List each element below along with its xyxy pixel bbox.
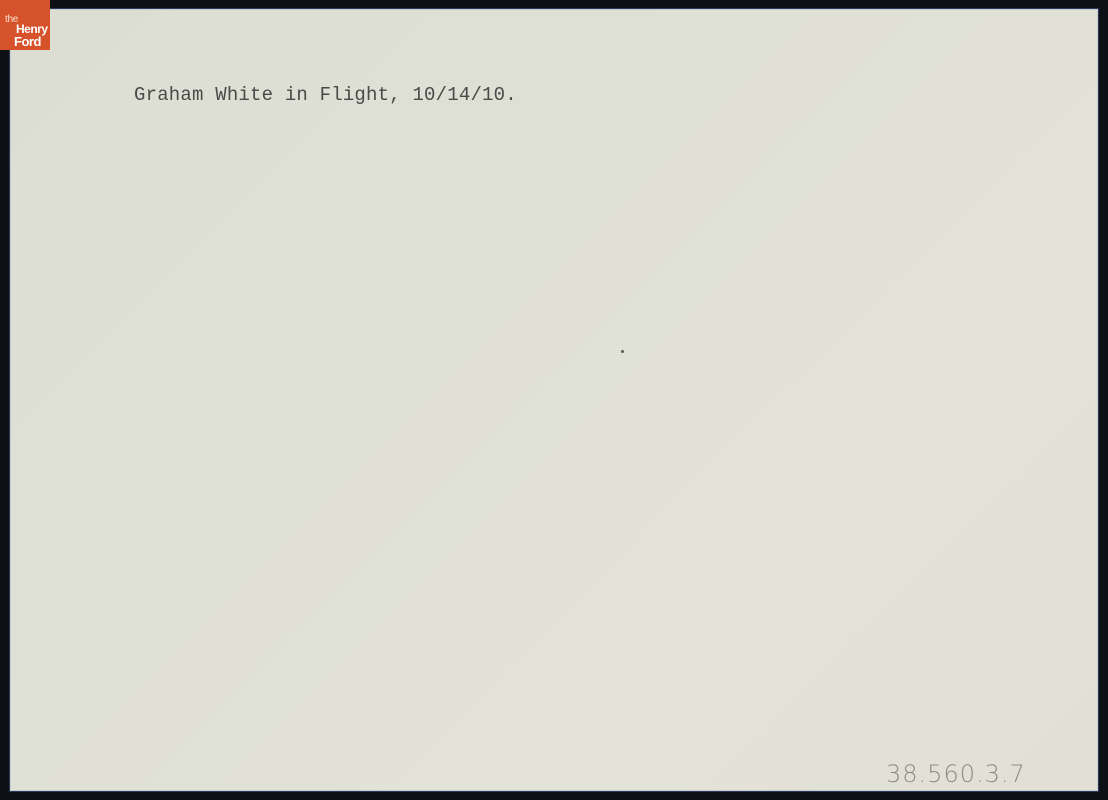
archival-card (10, 9, 1098, 791)
the-henry-ford-logo[interactable]: the Henry Ford (0, 0, 50, 50)
logo-text-ford: Ford (14, 34, 41, 49)
typed-caption: Graham White in Flight, 10/14/10. (134, 84, 517, 106)
paper-speck (621, 350, 624, 353)
accession-number: 38.560.3.7 (886, 760, 1026, 788)
